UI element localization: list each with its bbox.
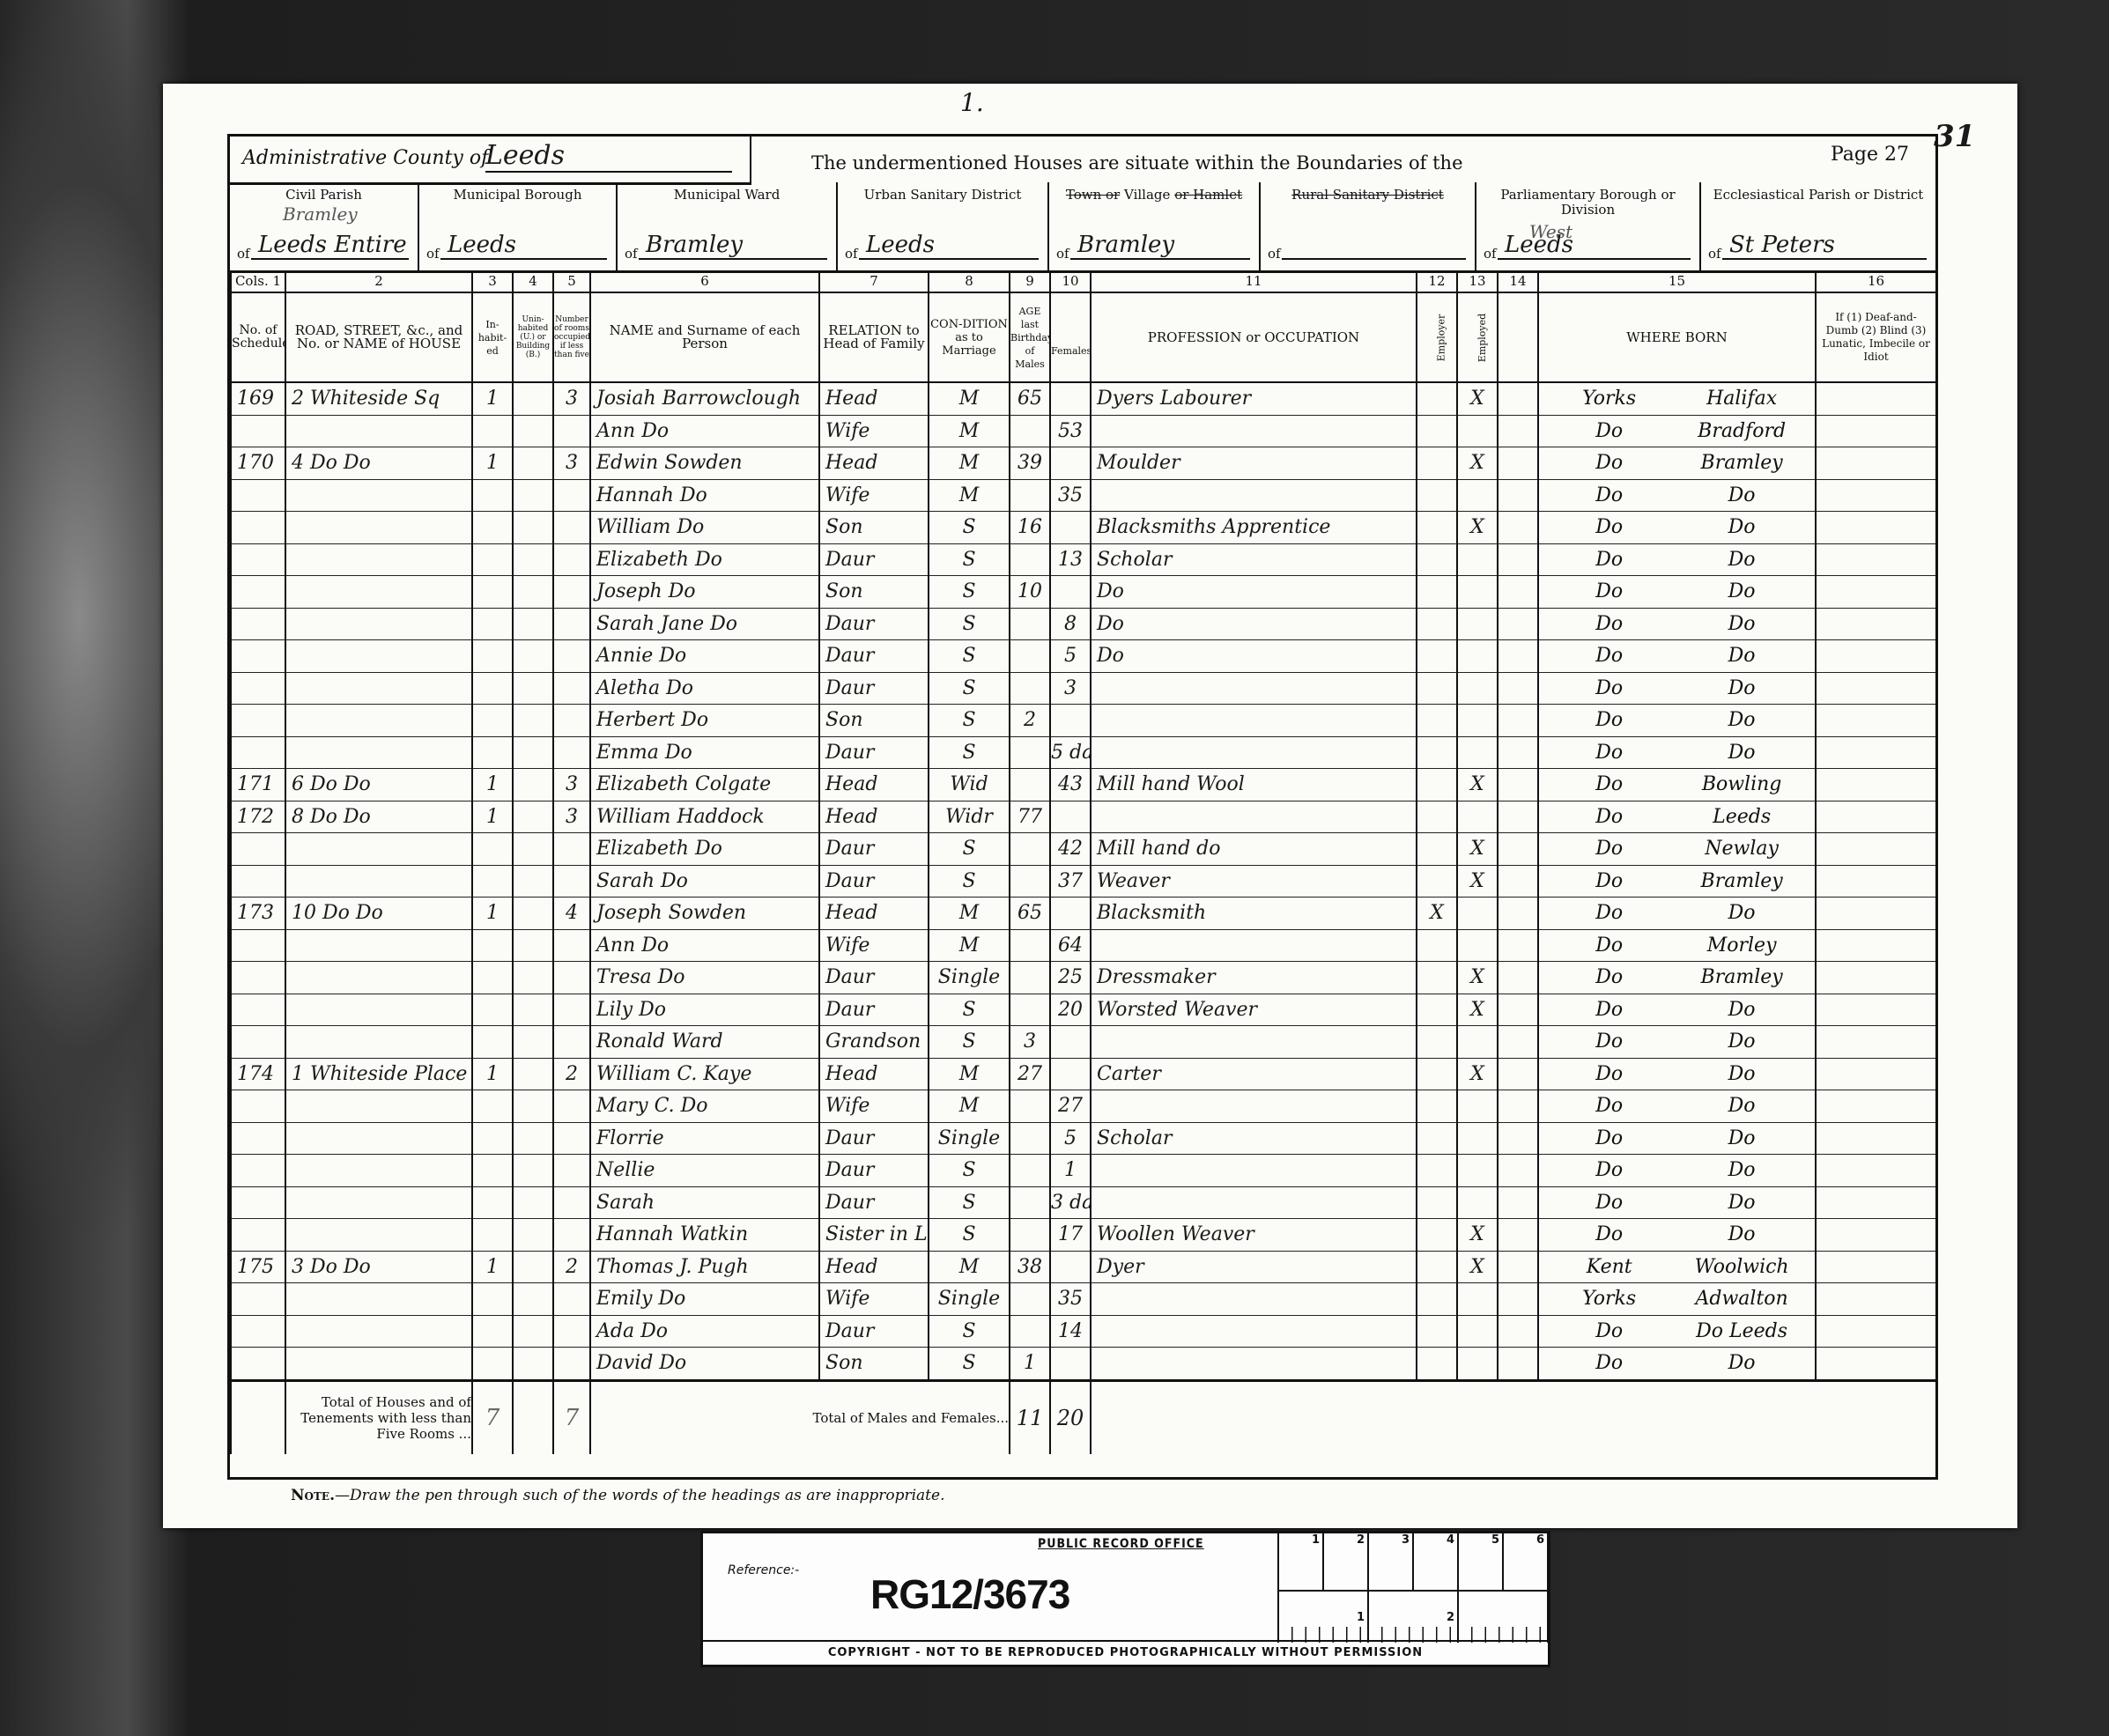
area-municipal-ward: Municipal Ward of Bramley	[618, 182, 838, 270]
cell-male-age	[1010, 929, 1050, 962]
cell-relation: Daur	[819, 640, 929, 673]
table-row: Sarah DoDaurS37WeaverXDoBramley	[231, 865, 1935, 898]
table-row: Tresa DoDaurSingle25DressmakerXDoBramley	[231, 962, 1935, 994]
cell-inhabited	[472, 512, 513, 544]
cell-employer	[1417, 994, 1457, 1026]
cell-name: Elizabeth Colgate	[590, 769, 819, 802]
totals-row: Total of Houses and of Tenements with le…	[231, 1380, 1935, 1454]
males-total: 11	[1010, 1380, 1050, 1454]
cell-occupation	[1091, 801, 1417, 833]
cell-road: 1 Whiteside Place	[285, 1058, 472, 1090]
cell-employer	[1417, 543, 1457, 576]
cell-occupation: Carter	[1091, 1058, 1417, 1090]
cell-rooms: 2	[553, 1058, 590, 1090]
cell-employed	[1457, 1283, 1498, 1316]
cell-female-age	[1050, 898, 1091, 930]
table-row: NellieDaurS1DoDo	[231, 1155, 1935, 1187]
cell-road: 4 Do Do	[285, 447, 472, 480]
column-number: 4	[513, 270, 553, 292]
cell-name: Emily Do	[590, 1283, 819, 1316]
cell-employer	[1417, 608, 1457, 640]
cell-female-age: 20	[1050, 994, 1091, 1026]
cell-employed: X	[1457, 1058, 1498, 1090]
cell-employer	[1417, 382, 1457, 415]
cell-schedule	[231, 543, 285, 576]
cell-relation: Daur	[819, 736, 929, 769]
column-number-row: Cols. 12345678910111213141516	[231, 270, 1935, 292]
cell-rooms	[553, 543, 590, 576]
header-uninhabited: Unin-habited (U.) or Building (B.)	[513, 292, 553, 382]
cell-schedule: 170	[231, 447, 285, 480]
cell-female-age: 53	[1050, 415, 1091, 447]
column-number: 9	[1010, 270, 1050, 292]
cell-schedule: 169	[231, 382, 285, 415]
cell-schedule	[231, 1122, 285, 1155]
column-number: 2	[285, 270, 472, 292]
cell-condition: S	[929, 640, 1010, 673]
cell-employed: X	[1457, 1219, 1498, 1252]
cell-rooms	[553, 1155, 590, 1187]
cell-name: Florrie	[590, 1122, 819, 1155]
table-row: 17310 Do Do14Joseph SowdenHeadM65Blacksm…	[231, 898, 1935, 930]
cell-employed	[1457, 1026, 1498, 1059]
cell-where-born: DoDo	[1538, 1122, 1816, 1155]
ruler-cm: 123456	[1279, 1533, 1549, 1592]
cell-relation: Head	[819, 382, 929, 415]
persons-total-label: Total of Males and Females...	[590, 1380, 1010, 1454]
table-row: Elizabeth DoDaurS13ScholarDoDo	[231, 543, 1935, 576]
cell-inhabited	[472, 415, 513, 447]
cell-condition: S	[929, 1315, 1010, 1348]
cell-where-born: DoDo	[1538, 1219, 1816, 1252]
cell-male-age	[1010, 833, 1050, 866]
cell-name: Annie Do	[590, 640, 819, 673]
cell-name: David Do	[590, 1348, 819, 1381]
reference-code: RG12/3673	[870, 1570, 1069, 1618]
cell-employer	[1417, 962, 1457, 994]
cell-condition: S	[929, 1155, 1010, 1187]
cell-female-age	[1050, 512, 1091, 544]
cell-occupation: Weaver	[1091, 865, 1417, 898]
cell-rooms	[553, 1122, 590, 1155]
cell-road	[285, 1026, 472, 1059]
cell-male-age: 39	[1010, 447, 1050, 480]
table-row: Ann DoWifeM64DoMorley	[231, 929, 1935, 962]
cell-inhabited	[472, 479, 513, 512]
cell-rooms	[553, 1348, 590, 1381]
cell-employed: X	[1457, 769, 1498, 802]
cell-condition: S	[929, 1026, 1010, 1059]
cell-road	[285, 543, 472, 576]
cell-rooms	[553, 512, 590, 544]
cell-employed: X	[1457, 865, 1498, 898]
area-civil-parish: Civil Parish Bramley of Leeds Entire	[230, 182, 419, 270]
cell-schedule	[231, 672, 285, 705]
cell-occupation: Moulder	[1091, 447, 1417, 480]
cell-female-age: 37	[1050, 865, 1091, 898]
cell-condition: S	[929, 1219, 1010, 1252]
table-row: David DoSonS1DoDo	[231, 1348, 1935, 1381]
cell-condition: S	[929, 994, 1010, 1026]
cell-occupation: Do	[1091, 576, 1417, 609]
cell-employed	[1457, 705, 1498, 737]
cell-road: 2 Whiteside Sq	[285, 382, 472, 415]
table-row: Elizabeth DoDaurS42Mill hand doXDoNewlay	[231, 833, 1935, 866]
header-condition: CON-DITION as to Marriage	[929, 292, 1010, 382]
cell-occupation	[1091, 1348, 1417, 1381]
cell-employed: X	[1457, 512, 1498, 544]
cell-where-born: DoDo	[1538, 705, 1816, 737]
cell-where-born: DoDo	[1538, 898, 1816, 930]
cell-rooms	[553, 962, 590, 994]
ruler-mark: 2	[1369, 1592, 1459, 1643]
cell-relation: Wife	[819, 1283, 929, 1316]
cell-employer	[1417, 769, 1457, 802]
table-row: Mary C. DoWifeM27DoDo	[231, 1090, 1935, 1123]
page-number: Page 27	[1831, 144, 1909, 166]
cell-male-age: 10	[1010, 576, 1050, 609]
table-row: 1716 Do Do13Elizabeth ColgateHeadWid43Mi…	[231, 769, 1935, 802]
cell-female-age: 35	[1050, 479, 1091, 512]
area-ecclesiastical-parish: Ecclesiastical Parish or District of St …	[1701, 182, 1935, 270]
cell-where-born: DoMorley	[1538, 929, 1816, 962]
cell-condition: Single	[929, 1122, 1010, 1155]
cell-relation: Daur	[819, 962, 929, 994]
cell-employed	[1457, 672, 1498, 705]
cell-condition: Single	[929, 962, 1010, 994]
cell-female-age	[1050, 705, 1091, 737]
cell-employed: X	[1457, 962, 1498, 994]
ruler-mark: 2	[1324, 1533, 1369, 1590]
cell-relation: Grandson	[819, 1026, 929, 1059]
cell-where-born: DoDo	[1538, 543, 1816, 576]
page-mark: 1.	[960, 88, 984, 117]
boundary-areas: Civil Parish Bramley of Leeds Entire Mun…	[230, 182, 1935, 273]
cell-relation: Wife	[819, 415, 929, 447]
cell-occupation	[1091, 736, 1417, 769]
cell-occupation: Mill hand do	[1091, 833, 1417, 866]
cell-rooms	[553, 865, 590, 898]
cell-rooms: 3	[553, 769, 590, 802]
column-number: 7	[819, 270, 929, 292]
cell-inhabited	[472, 543, 513, 576]
ruler-mark: 1	[1279, 1592, 1369, 1643]
cell-rooms	[553, 705, 590, 737]
cell-employed	[1457, 801, 1498, 833]
scale-ruler: 123456 12	[1277, 1533, 1549, 1643]
cell-name: Lily Do	[590, 994, 819, 1026]
column-number: 6	[590, 270, 819, 292]
cell-name: Mary C. Do	[590, 1090, 819, 1123]
cell-employer	[1417, 1251, 1457, 1283]
cell-name: Hannah Do	[590, 479, 819, 512]
cell-inhabited	[472, 1090, 513, 1123]
table-row: Emily DoWifeSingle35YorksAdwalton	[231, 1283, 1935, 1316]
cell-name: Joseph Sowden	[590, 898, 819, 930]
column-number: 12	[1417, 270, 1457, 292]
cell-occupation	[1091, 479, 1417, 512]
cell-inhabited	[472, 1026, 513, 1059]
cell-road: 8 Do Do	[285, 801, 472, 833]
header-age-males: AGE last Birthday ofMales	[1010, 292, 1050, 382]
cell-rooms	[553, 640, 590, 673]
cell-occupation: Blacksmiths Apprentice	[1091, 512, 1417, 544]
cell-employed	[1457, 1122, 1498, 1155]
cell-occupation: Mill hand Wool	[1091, 769, 1417, 802]
cell-inhabited	[472, 1283, 513, 1316]
cell-inhabited	[472, 672, 513, 705]
cell-condition: Widr	[929, 801, 1010, 833]
table-row: FlorrieDaurSingle5ScholarDoDo	[231, 1122, 1935, 1155]
cell-employed	[1457, 1090, 1498, 1123]
cell-male-age	[1010, 769, 1050, 802]
cell-female-age	[1050, 1058, 1091, 1090]
cell-inhabited	[472, 929, 513, 962]
cell-rooms: 3	[553, 801, 590, 833]
cell-male-age	[1010, 608, 1050, 640]
cell-female-age: 3	[1050, 672, 1091, 705]
table-row: Ada DoDaurS14DoDo Leeds	[231, 1315, 1935, 1348]
cell-relation: Daur	[819, 994, 929, 1026]
cell-relation: Head	[819, 898, 929, 930]
cell-name: Sarah Do	[590, 865, 819, 898]
cell-schedule	[231, 1155, 285, 1187]
cell-female-age: 5	[1050, 1122, 1091, 1155]
females-total: 20	[1050, 1380, 1091, 1454]
cell-road	[285, 1219, 472, 1252]
cell-employer	[1417, 447, 1457, 480]
cell-male-age: 38	[1010, 1251, 1050, 1283]
column-header-row: No. of Schedule ROAD, STREET, &c., and N…	[231, 292, 1935, 382]
cell-name: William C. Kaye	[590, 1058, 819, 1090]
cell-male-age	[1010, 479, 1050, 512]
table-row: Aletha DoDaurS3DoDo	[231, 672, 1935, 705]
cell-employed	[1457, 1155, 1498, 1187]
cell-employer	[1417, 640, 1457, 673]
cell-rooms	[553, 1283, 590, 1316]
cell-rooms	[553, 608, 590, 640]
table-row: 1741 Whiteside Place12William C. KayeHea…	[231, 1058, 1935, 1090]
census-form: Administrative County of Leeds The under…	[227, 134, 1938, 1480]
cell-road	[285, 865, 472, 898]
ruler-mark: 1	[1279, 1533, 1324, 1590]
cell-road: 10 Do Do	[285, 898, 472, 930]
cell-employed	[1457, 640, 1498, 673]
cell-where-born: YorksAdwalton	[1538, 1283, 1816, 1316]
table-row: Hannah WatkinSister in LawS17Woollen Wea…	[231, 1219, 1935, 1252]
cell-relation: Wife	[819, 929, 929, 962]
cell-name: Elizabeth Do	[590, 543, 819, 576]
cell-where-born: DoDo	[1538, 608, 1816, 640]
cell-male-age	[1010, 865, 1050, 898]
reference-slip: PUBLIC RECORD OFFICE Reference:- RG12/36…	[700, 1531, 1550, 1667]
cell-employer	[1417, 415, 1457, 447]
houses-total: 7	[472, 1380, 513, 1454]
cell-schedule: 172	[231, 801, 285, 833]
cell-road	[285, 962, 472, 994]
cell-name: William Do	[590, 512, 819, 544]
cell-where-born: DoDo	[1538, 994, 1816, 1026]
cell-relation: Daur	[819, 672, 929, 705]
cell-inhabited	[472, 1219, 513, 1252]
cell-occupation	[1091, 929, 1417, 962]
cell-female-age: 1	[1050, 1155, 1091, 1187]
cell-inhabited	[472, 994, 513, 1026]
admin-county-label: Administrative County of	[242, 147, 488, 169]
houses-total-label: Total of Houses and of Tenements with le…	[285, 1380, 472, 1454]
cell-rooms	[553, 1186, 590, 1219]
cell-female-age: 13	[1050, 543, 1091, 576]
cell-female-age	[1050, 1348, 1091, 1381]
header-employer: Employer	[1417, 292, 1457, 382]
cell-rooms	[553, 1219, 590, 1252]
cell-road	[285, 929, 472, 962]
cell-male-age: 77	[1010, 801, 1050, 833]
cell-road	[285, 1122, 472, 1155]
cell-male-age: 16	[1010, 512, 1050, 544]
cell-female-age	[1050, 447, 1091, 480]
cell-schedule: 175	[231, 1251, 285, 1283]
cell-condition: M	[929, 898, 1010, 930]
cell-occupation: Worsted Weaver	[1091, 994, 1417, 1026]
cell-inhabited: 1	[472, 447, 513, 480]
table-row: Sarah Jane DoDaurS8DoDoDo	[231, 608, 1935, 640]
cell-female-age: 3 days	[1050, 1186, 1091, 1219]
cell-rooms	[553, 576, 590, 609]
cell-relation: Wife	[819, 479, 929, 512]
header-employed: Employed	[1457, 292, 1498, 382]
cell-inhabited: 1	[472, 801, 513, 833]
cell-employed	[1457, 543, 1498, 576]
cell-where-born: DoDo	[1538, 1058, 1816, 1090]
cell-schedule	[231, 576, 285, 609]
cell-road	[285, 1090, 472, 1123]
cell-inhabited	[472, 608, 513, 640]
cell-occupation	[1091, 672, 1417, 705]
cell-schedule	[231, 929, 285, 962]
cell-employed	[1457, 1315, 1498, 1348]
cell-schedule: 174	[231, 1058, 285, 1090]
cell-male-age	[1010, 1186, 1050, 1219]
cell-where-born: YorksHalifax	[1538, 382, 1816, 415]
cell-rooms: 4	[553, 898, 590, 930]
boundaries-statement: The undermentioned Houses are situate wi…	[811, 152, 1463, 174]
cell-inhabited	[472, 962, 513, 994]
cell-male-age: 65	[1010, 898, 1050, 930]
header-infirmity: If (1) Deaf-and-Dumb (2) Blind (3) Lunat…	[1816, 292, 1935, 382]
cell-where-born: DoDo	[1538, 1155, 1816, 1187]
cell-employer	[1417, 705, 1457, 737]
cell-employer	[1417, 1348, 1457, 1381]
cell-name: Sarah	[590, 1186, 819, 1219]
cell-condition: M	[929, 1251, 1010, 1283]
cell-condition: M	[929, 929, 1010, 962]
cell-male-age	[1010, 415, 1050, 447]
cell-condition: S	[929, 512, 1010, 544]
cell-road: 3 Do Do	[285, 1251, 472, 1283]
column-number: 15	[1538, 270, 1816, 292]
ruler-mark: 4	[1414, 1533, 1459, 1590]
cell-name: Ann Do	[590, 415, 819, 447]
census-table: Cols. 12345678910111213141516 No. of Sch…	[230, 270, 1935, 1454]
cell-male-age	[1010, 672, 1050, 705]
cell-schedule	[231, 415, 285, 447]
cell-employed	[1457, 415, 1498, 447]
cell-employer	[1417, 1122, 1457, 1155]
cell-inhabited	[472, 1155, 513, 1187]
cell-relation: Daur	[819, 865, 929, 898]
cell-rooms: 2	[553, 1251, 590, 1283]
cell-road	[285, 994, 472, 1026]
cell-occupation: Scholar	[1091, 1122, 1417, 1155]
cell-employer	[1417, 1219, 1457, 1252]
cell-occupation: Do	[1091, 608, 1417, 640]
table-row: SarahDaurS3 daysDoDo	[231, 1186, 1935, 1219]
cell-schedule	[231, 994, 285, 1026]
ruler-mark: 5	[1459, 1533, 1504, 1590]
cell-where-born: DoBramley	[1538, 865, 1816, 898]
census-rows: 1692 Whiteside Sq13Josiah BarrowcloughHe…	[231, 382, 1935, 1380]
cell-road	[285, 672, 472, 705]
cell-male-age: 27	[1010, 1058, 1050, 1090]
header-inhabited: In-habit-ed	[472, 292, 513, 382]
cell-male-age	[1010, 1090, 1050, 1123]
cell-inhabited	[472, 1186, 513, 1219]
cell-road	[285, 608, 472, 640]
cell-relation: Head	[819, 1251, 929, 1283]
cell-male-age	[1010, 1155, 1050, 1187]
cell-schedule	[231, 1348, 285, 1381]
cell-female-age: 35	[1050, 1283, 1091, 1316]
cell-male-age	[1010, 962, 1050, 994]
cell-condition: S	[929, 736, 1010, 769]
copyright-notice: COPYRIGHT - NOT TO BE REPRODUCED PHOTOGR…	[703, 1640, 1548, 1665]
cell-female-age	[1050, 382, 1091, 415]
ruler-mark: 3	[1369, 1533, 1414, 1590]
cell-rooms: 3	[553, 447, 590, 480]
table-row: Ann DoWifeM53DoBradford	[231, 415, 1935, 447]
cell-relation: Daur	[819, 1155, 929, 1187]
cell-employer	[1417, 1026, 1457, 1059]
cell-rooms	[553, 1090, 590, 1123]
cell-name: Hannah Watkin	[590, 1219, 819, 1252]
cell-condition: Wid	[929, 769, 1010, 802]
cell-inhabited	[472, 833, 513, 866]
cell-rooms	[553, 833, 590, 866]
column-number: 5	[553, 270, 590, 292]
cell-inhabited: 1	[472, 769, 513, 802]
tenements-total: 7	[553, 1380, 590, 1454]
cell-female-age: 8	[1050, 608, 1091, 640]
cell-occupation: Dyers Labourer	[1091, 382, 1417, 415]
cell-rooms: 3	[553, 382, 590, 415]
cell-where-born: DoDo	[1538, 640, 1816, 673]
cell-road	[285, 479, 472, 512]
table-row: 1728 Do Do13William HaddockHeadWidr77DoL…	[231, 801, 1935, 833]
cell-relation: Wife	[819, 1090, 929, 1123]
cell-name: William Haddock	[590, 801, 819, 833]
cell-where-born: KentWoolwich	[1538, 1251, 1816, 1283]
table-row: Ronald WardGrandsonS3DoDo	[231, 1026, 1935, 1059]
column-number: 11	[1091, 270, 1417, 292]
header-schedule: No. of Schedule	[231, 292, 285, 382]
cell-schedule	[231, 608, 285, 640]
cell-where-born: DoBowling	[1538, 769, 1816, 802]
cell-road	[285, 833, 472, 866]
cell-condition: S	[929, 865, 1010, 898]
cell-schedule	[231, 1283, 285, 1316]
cell-name: Joseph Do	[590, 576, 819, 609]
